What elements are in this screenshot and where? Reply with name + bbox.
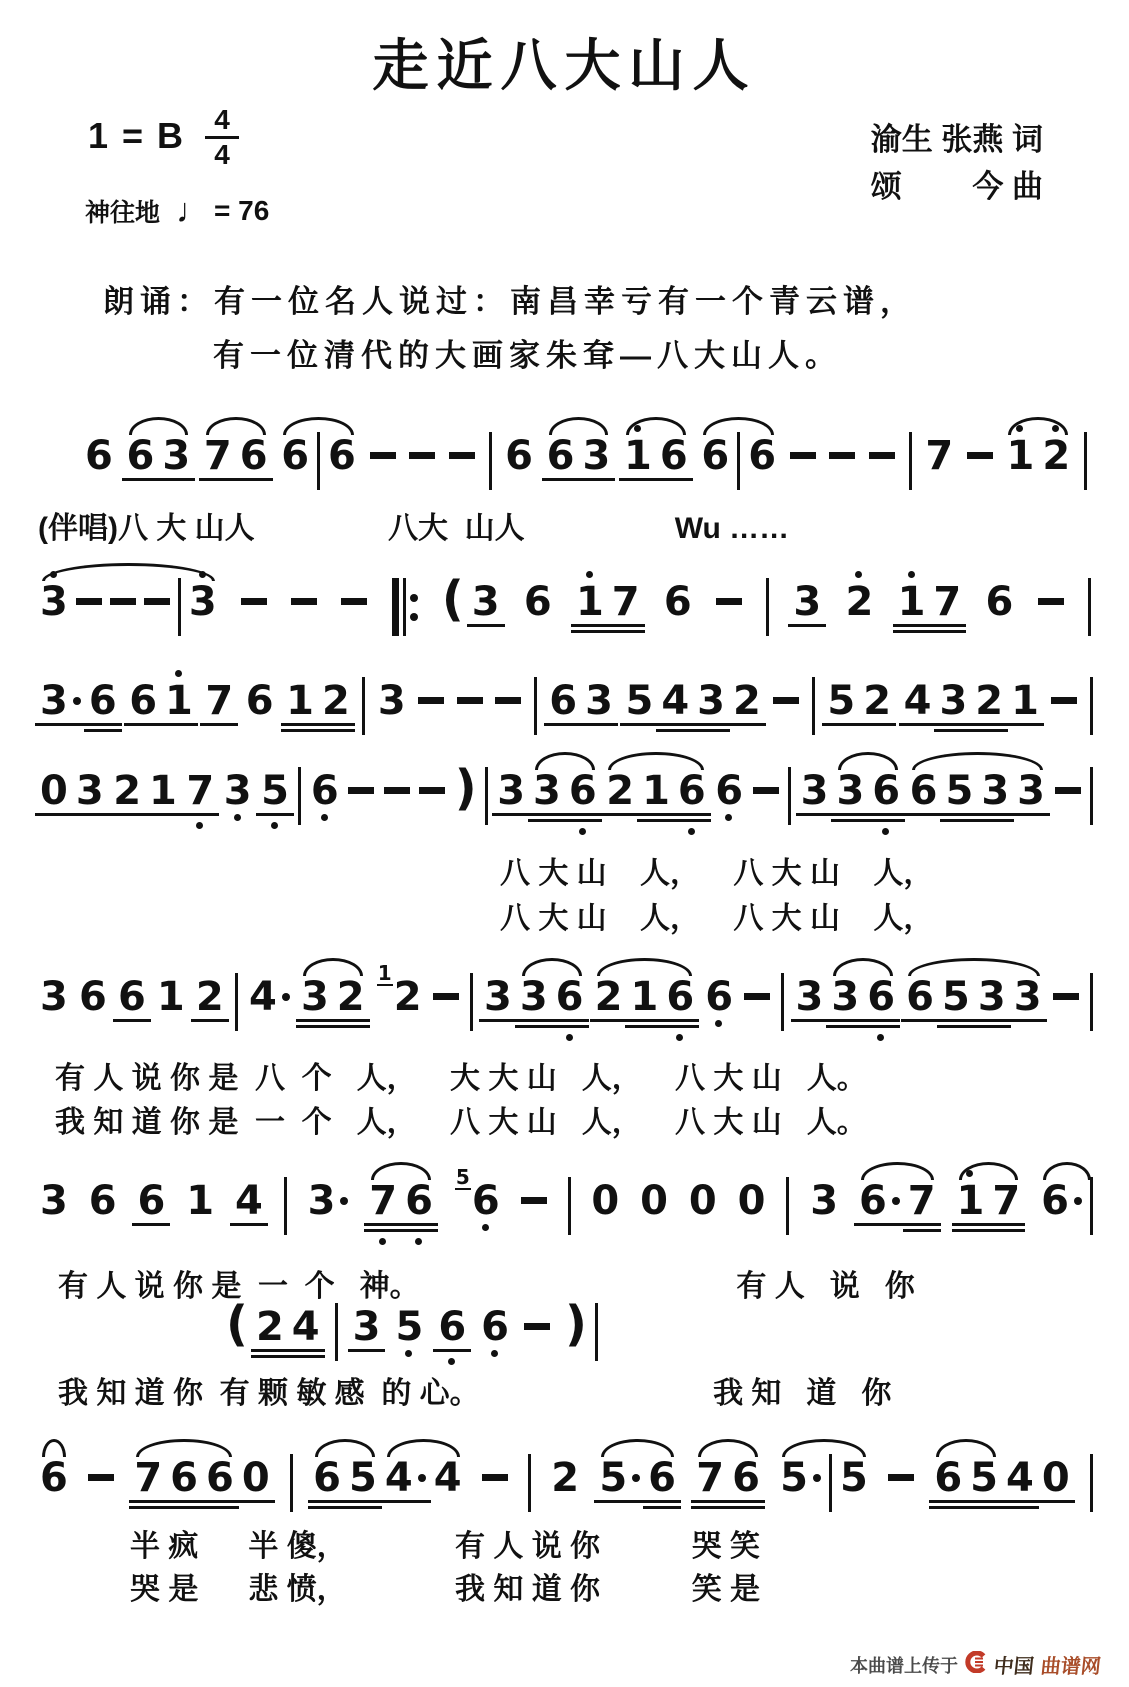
- duration-dash: [370, 452, 396, 459]
- octave-dot-low: [321, 814, 328, 821]
- note: 6: [129, 682, 157, 720]
- beam-line: [929, 1500, 967, 1503]
- site-logo-icon: [965, 1651, 987, 1678]
- duration-dash: [433, 993, 459, 1000]
- octave-dot-high: [1052, 425, 1059, 432]
- grace-note: 1: [377, 963, 393, 986]
- octave-dot-high: [966, 1170, 973, 1177]
- beam-line: [84, 729, 122, 732]
- barline: [788, 767, 791, 825]
- note: 5: [780, 1459, 821, 1497]
- beam-line: [643, 1500, 681, 1503]
- note: 6: [732, 1459, 760, 1497]
- beam-line: [287, 1355, 325, 1358]
- duration-dash: [1055, 787, 1081, 794]
- octave-dot-low: [196, 822, 203, 829]
- beam-line: [661, 1019, 699, 1022]
- note: 6: [859, 1182, 900, 1220]
- note: 1: [1011, 682, 1039, 720]
- note: 6: [666, 978, 694, 1016]
- beam-group: 6544: [313, 1459, 461, 1497]
- note: 3: [301, 978, 329, 1016]
- octave-dot-low: [688, 828, 695, 835]
- beam-line: [893, 630, 931, 633]
- beam-group: 336: [796, 978, 896, 1016]
- note: 21: [394, 978, 422, 1016]
- beam-line: [235, 478, 273, 481]
- note: 2: [113, 772, 141, 810]
- duration-dash: [449, 452, 475, 459]
- lyrics-system6-row1: 有 人 说 你 是 一 个 神。 有 人 说 你: [58, 1261, 915, 1305]
- beam-line: [637, 813, 675, 816]
- beam-line: [1001, 1506, 1039, 1509]
- note: 4: [661, 682, 689, 720]
- note: 3: [224, 772, 252, 810]
- note: 3: [472, 583, 500, 621]
- time-denominator: 4: [214, 141, 230, 169]
- note: 6: [660, 437, 688, 475]
- note: 4: [292, 1308, 320, 1346]
- note: 2: [846, 583, 874, 621]
- note: 0: [242, 1459, 270, 1497]
- augmentation-dot: [73, 697, 81, 705]
- note: 3: [40, 682, 81, 720]
- note: 3: [162, 437, 190, 475]
- duration-dash: [110, 598, 136, 605]
- barline: [335, 1303, 338, 1361]
- beam-line: [571, 630, 609, 633]
- note: 2: [256, 1308, 284, 1346]
- note: 3: [308, 1182, 349, 1220]
- augmentation-dot: [632, 1474, 640, 1482]
- slur-group: 67: [859, 1182, 936, 1220]
- barline: [485, 767, 488, 825]
- slur-group: 56: [599, 1459, 676, 1497]
- beam-line: [281, 729, 319, 732]
- note: 1: [286, 682, 314, 720]
- barline: [1090, 767, 1093, 825]
- note: 6: [1041, 1182, 1082, 1220]
- recitation-line-2: 有一位清代的大画家朱耷—八大山人。: [213, 330, 842, 375]
- note: 5: [349, 1459, 377, 1497]
- note: 6: [137, 1182, 165, 1220]
- note: 0: [689, 1182, 717, 1220]
- music-insert-line: (243566): [226, 1308, 598, 1361]
- octave-dot-high: [50, 571, 57, 578]
- barline: [284, 1177, 287, 1235]
- music-system-4: 03217356)33621663366533: [40, 772, 1093, 825]
- note: 3: [583, 437, 611, 475]
- beam-line: [332, 1019, 370, 1022]
- note: 1: [186, 1182, 214, 1220]
- barline: [317, 432, 320, 490]
- slur-group: 6: [1041, 1182, 1093, 1235]
- beam-group: 7660: [134, 1459, 269, 1497]
- beam-line: [348, 1349, 386, 1352]
- note: 1: [576, 583, 604, 621]
- note: 6: [547, 437, 575, 475]
- tempo-marking: ♩ = 76: [176, 195, 269, 227]
- beam-line: [551, 1025, 589, 1028]
- beam-line: [590, 1019, 628, 1022]
- beam-line: [492, 813, 530, 816]
- beam-group: 52: [827, 682, 891, 720]
- beam-line: [692, 723, 730, 726]
- octave-dot-low: [882, 828, 889, 835]
- note: 2: [196, 978, 224, 1016]
- beam-line: [607, 624, 645, 627]
- slur-group: 66: [281, 437, 356, 490]
- note: 3: [981, 772, 1009, 810]
- beam-line: [467, 624, 505, 627]
- note: 6: [910, 772, 938, 810]
- duration-dash: [384, 787, 410, 794]
- note: 6: [524, 583, 552, 621]
- lyrics-accompaniment: (伴唱)八 大 山人 八大 山人 Wu ……: [38, 503, 789, 547]
- note: 6: [313, 1459, 341, 1497]
- beam-line: [862, 1025, 900, 1028]
- duration-dash: [495, 697, 521, 704]
- beam-line: [826, 1025, 864, 1028]
- octave-dot-high: [199, 571, 206, 578]
- note: 7: [205, 682, 233, 720]
- composer-credit: 颂 今 曲: [871, 169, 1043, 204]
- beam-group: 5432: [625, 682, 760, 720]
- beam-line: [35, 813, 73, 816]
- beam-line: [625, 1019, 663, 1022]
- beam-line: [656, 729, 694, 732]
- beam-line: [691, 1506, 729, 1509]
- beam-line: [580, 723, 618, 726]
- beam-line: [317, 723, 355, 726]
- expression-marking: 神往地: [85, 193, 160, 229]
- note: 4: [1006, 1459, 1034, 1497]
- note: 7: [696, 1459, 724, 1497]
- parenthesis: (: [442, 577, 464, 621]
- note: 6: [127, 437, 155, 475]
- beam-line: [934, 723, 972, 726]
- beam-group: 63: [549, 682, 613, 720]
- slur-group: 216: [595, 978, 695, 1016]
- beam-line: [692, 729, 730, 732]
- barline: [568, 1177, 571, 1235]
- beam-group: 17: [576, 583, 640, 621]
- beam-line: [727, 1500, 765, 1503]
- beam-line: [108, 813, 146, 816]
- duration-dash: [418, 697, 444, 704]
- beam-line: [35, 723, 86, 726]
- note: 2: [337, 978, 365, 1016]
- slur-group: 63: [547, 437, 611, 475]
- beam-line: [791, 1019, 829, 1022]
- beam-line: [144, 813, 182, 816]
- beam-group: 03: [40, 772, 104, 810]
- octave-dot-high: [855, 571, 862, 578]
- barline: [737, 432, 740, 490]
- beam-line: [201, 1500, 239, 1503]
- duration-dash: [348, 787, 374, 794]
- octave-dot-low: [579, 828, 586, 835]
- beam-line: [673, 819, 711, 822]
- slur-group: 76: [204, 437, 268, 475]
- barline: [534, 677, 537, 735]
- note: 7: [925, 437, 953, 475]
- beam-line: [862, 1019, 900, 1022]
- beam-line: [867, 813, 905, 816]
- note: 1: [149, 772, 177, 810]
- note: 1: [1006, 437, 1034, 475]
- slur-group: 12: [1006, 437, 1070, 475]
- octave-dot-low: [491, 1350, 498, 1357]
- beam-line: [551, 1019, 589, 1022]
- beam-line: [655, 478, 693, 481]
- augmentation-dot: [418, 1474, 426, 1482]
- barline: [595, 1303, 598, 1361]
- lyrics-system5-row2: 我 知 道 你 是 一 个 人， 八 大 山 人， 八 大 山 人。: [55, 1097, 867, 1141]
- note: 2: [606, 772, 634, 810]
- lyrics-system4-row2: 八 大 山 人， 八 大 山 人，: [500, 893, 933, 937]
- beam-line: [251, 1349, 289, 1352]
- beam-line: [160, 723, 198, 726]
- barline: [781, 973, 784, 1031]
- note: 6: [405, 1182, 433, 1220]
- beam-line: [691, 1500, 729, 1503]
- augmentation-dot: [282, 993, 290, 1001]
- beam-line: [296, 1025, 334, 1028]
- beam-group: 336: [484, 978, 584, 1016]
- beam-line: [976, 813, 1014, 816]
- beam-line: [200, 723, 238, 726]
- note: 6: [986, 583, 1014, 621]
- barline: [528, 1454, 531, 1512]
- beam-line: [940, 819, 978, 822]
- beam-group: 336: [497, 772, 597, 810]
- beam-group: 36: [40, 682, 117, 720]
- note: 6: [705, 978, 733, 1016]
- note: 7: [992, 1182, 1020, 1220]
- beam-line: [71, 813, 109, 816]
- slur-group: 33: [40, 583, 217, 636]
- beam-line: [129, 1500, 167, 1503]
- barline: [1090, 1177, 1093, 1235]
- beam-line: [928, 624, 966, 627]
- beam-line: [113, 1019, 151, 1022]
- beam-line: [1001, 1500, 1039, 1503]
- music-system-2: 33(3617632176: [40, 583, 1091, 636]
- beam-line: [544, 723, 582, 726]
- beam-line: [822, 723, 860, 726]
- music-system-1: 66376666631666712: [85, 437, 1087, 490]
- beam-group: (24: [226, 1308, 320, 1346]
- beam-line: [934, 729, 972, 732]
- lyrics-system5-row1: 有 人 说 你 是 八 个 人， 大 大 山 人， 八 大 山 人。: [55, 1053, 867, 1097]
- beam-line: [788, 624, 826, 627]
- note: 6: [934, 1459, 962, 1497]
- beam-line: [400, 1229, 438, 1232]
- duration-dash: [409, 452, 435, 459]
- note: 3: [796, 978, 824, 1016]
- beam-line: [84, 723, 122, 726]
- beam-line: [199, 478, 237, 481]
- duration-dash: [829, 452, 855, 459]
- slur-group: 66: [701, 437, 776, 490]
- beam-line: [607, 630, 645, 633]
- beam-line: [854, 1223, 905, 1226]
- beam-line: [256, 813, 294, 816]
- octave-dot-high: [175, 670, 182, 677]
- note: 6: [79, 978, 107, 1016]
- note: 6: [481, 1308, 509, 1346]
- note: 6: [246, 682, 274, 720]
- note: 0: [1042, 1459, 1070, 1497]
- note: 2: [551, 1459, 579, 1497]
- beam-line: [344, 1500, 382, 1503]
- octave-dot-low: [271, 822, 278, 829]
- beam-line: [929, 1506, 967, 1509]
- barline: [1090, 677, 1093, 735]
- beam-line: [594, 1500, 645, 1503]
- note: 0: [591, 1182, 619, 1220]
- key-time-row: 1 = B 4 4: [88, 116, 239, 169]
- barline: [1084, 432, 1087, 490]
- slur-group: 17: [957, 1182, 1021, 1220]
- note: 1: [157, 978, 185, 1016]
- note: 6: [701, 437, 729, 475]
- duration-dash: [1053, 993, 1079, 1000]
- beam-line: [970, 723, 1008, 726]
- barline: [909, 432, 912, 490]
- slur-group: 76: [369, 1182, 433, 1220]
- augmentation-dot: [340, 1197, 348, 1205]
- note: 3: [585, 682, 613, 720]
- note: 2: [322, 682, 350, 720]
- note: 6: [505, 437, 533, 475]
- note: 2: [975, 682, 1003, 720]
- barline: [298, 767, 301, 825]
- note: 3: [801, 772, 829, 810]
- duration-dash: [888, 1474, 914, 1481]
- note: 3: [939, 682, 967, 720]
- beam-line: [673, 813, 711, 816]
- note: 0: [40, 772, 68, 810]
- tempo-row: 神往地 ♩ = 76: [85, 193, 269, 229]
- beam-group: ): [565, 1308, 598, 1361]
- beam-line: [380, 1500, 431, 1503]
- beam-line: [1037, 1500, 1075, 1503]
- note: 1: [630, 978, 658, 1016]
- note: 3: [836, 772, 864, 810]
- note: 1: [624, 437, 652, 475]
- repeat-start-barline: [392, 578, 418, 636]
- beam-line: [308, 1500, 346, 1503]
- beam-line: [637, 819, 675, 822]
- beam-line: [928, 630, 966, 633]
- note: 6: [311, 772, 339, 810]
- watermark-prefix: 本曲谱上传于: [850, 1652, 958, 1678]
- beam-line: [643, 1506, 681, 1509]
- note: 65: [472, 1182, 500, 1220]
- beam-line: [965, 1506, 1003, 1509]
- music-system-6: 36614376650000367176: [40, 1182, 1093, 1235]
- beam-line: [620, 723, 658, 726]
- music-system-5: 366124322133621663366533: [40, 978, 1093, 1031]
- note: 6: [569, 772, 597, 810]
- note: 3: [793, 583, 821, 621]
- duration-dash: [457, 697, 483, 704]
- beam-line: [564, 819, 602, 822]
- beam-line: [1009, 1019, 1047, 1022]
- note: 3: [76, 772, 104, 810]
- barline: [489, 432, 492, 490]
- beam-line: [344, 1506, 382, 1509]
- duration-dash: [744, 993, 770, 1000]
- beam-group: ): [455, 772, 488, 825]
- lyrics-system7-row2: 哭 是 悲 愤， 我 知 道 你 笑 是: [130, 1564, 760, 1608]
- note: 6: [118, 978, 146, 1016]
- beam-line: [157, 478, 195, 481]
- beam-line: [987, 1223, 1025, 1226]
- note: 6: [648, 1459, 676, 1497]
- beam-line: [970, 729, 1008, 732]
- barline: [235, 973, 238, 1031]
- note: 4: [904, 682, 932, 720]
- beam-line: [364, 1229, 402, 1232]
- time-numerator: 4: [214, 106, 230, 134]
- slur-group: 32: [301, 978, 365, 1016]
- beam-line: [826, 1019, 864, 1022]
- barline: [290, 1454, 293, 1512]
- beam-line: [281, 723, 319, 726]
- note: 3: [1017, 772, 1045, 810]
- duration-dash: [521, 1197, 547, 1204]
- note: 6: [715, 772, 743, 810]
- beam-line: [332, 1025, 370, 1028]
- credits: 渝生 张燕 词颂 今 曲: [871, 116, 1043, 210]
- note: 6: [89, 682, 117, 720]
- duration-dash: [482, 1474, 508, 1481]
- octave-dot-high: [634, 425, 641, 432]
- grace-note: 5: [455, 1167, 471, 1190]
- beam-line: [661, 1025, 699, 1028]
- barline: [829, 1454, 832, 1512]
- duration-dash: [1051, 697, 1077, 704]
- note: 6: [85, 437, 113, 475]
- slur-group: 6533: [910, 772, 1045, 810]
- beam-group: 17: [898, 583, 962, 621]
- beam-line: [937, 1019, 975, 1022]
- note: 6: [206, 1459, 234, 1497]
- beam-line: [181, 813, 219, 816]
- beam-line: [903, 1229, 941, 1232]
- note: 7: [186, 772, 214, 810]
- slur-group: 63: [127, 437, 191, 475]
- duration-dash: [753, 787, 779, 794]
- octave-dot-low: [482, 1224, 489, 1231]
- note: 5: [945, 772, 973, 810]
- octave-dot-low: [877, 1034, 884, 1041]
- note: 5: [840, 1459, 868, 1497]
- beam-line: [903, 1223, 941, 1226]
- note: 3: [40, 978, 68, 1016]
- note: 3: [497, 772, 525, 810]
- beam-line: [308, 1506, 346, 1509]
- note: 6: [556, 978, 584, 1016]
- recitation-line-1: 朗诵：有一位名人说过：南昌幸亏有一个青云谱，: [103, 276, 917, 321]
- parenthesis: ): [565, 1302, 587, 1346]
- beam-line: [831, 813, 869, 816]
- note: 3: [189, 583, 217, 621]
- beam-line: [987, 1229, 1025, 1232]
